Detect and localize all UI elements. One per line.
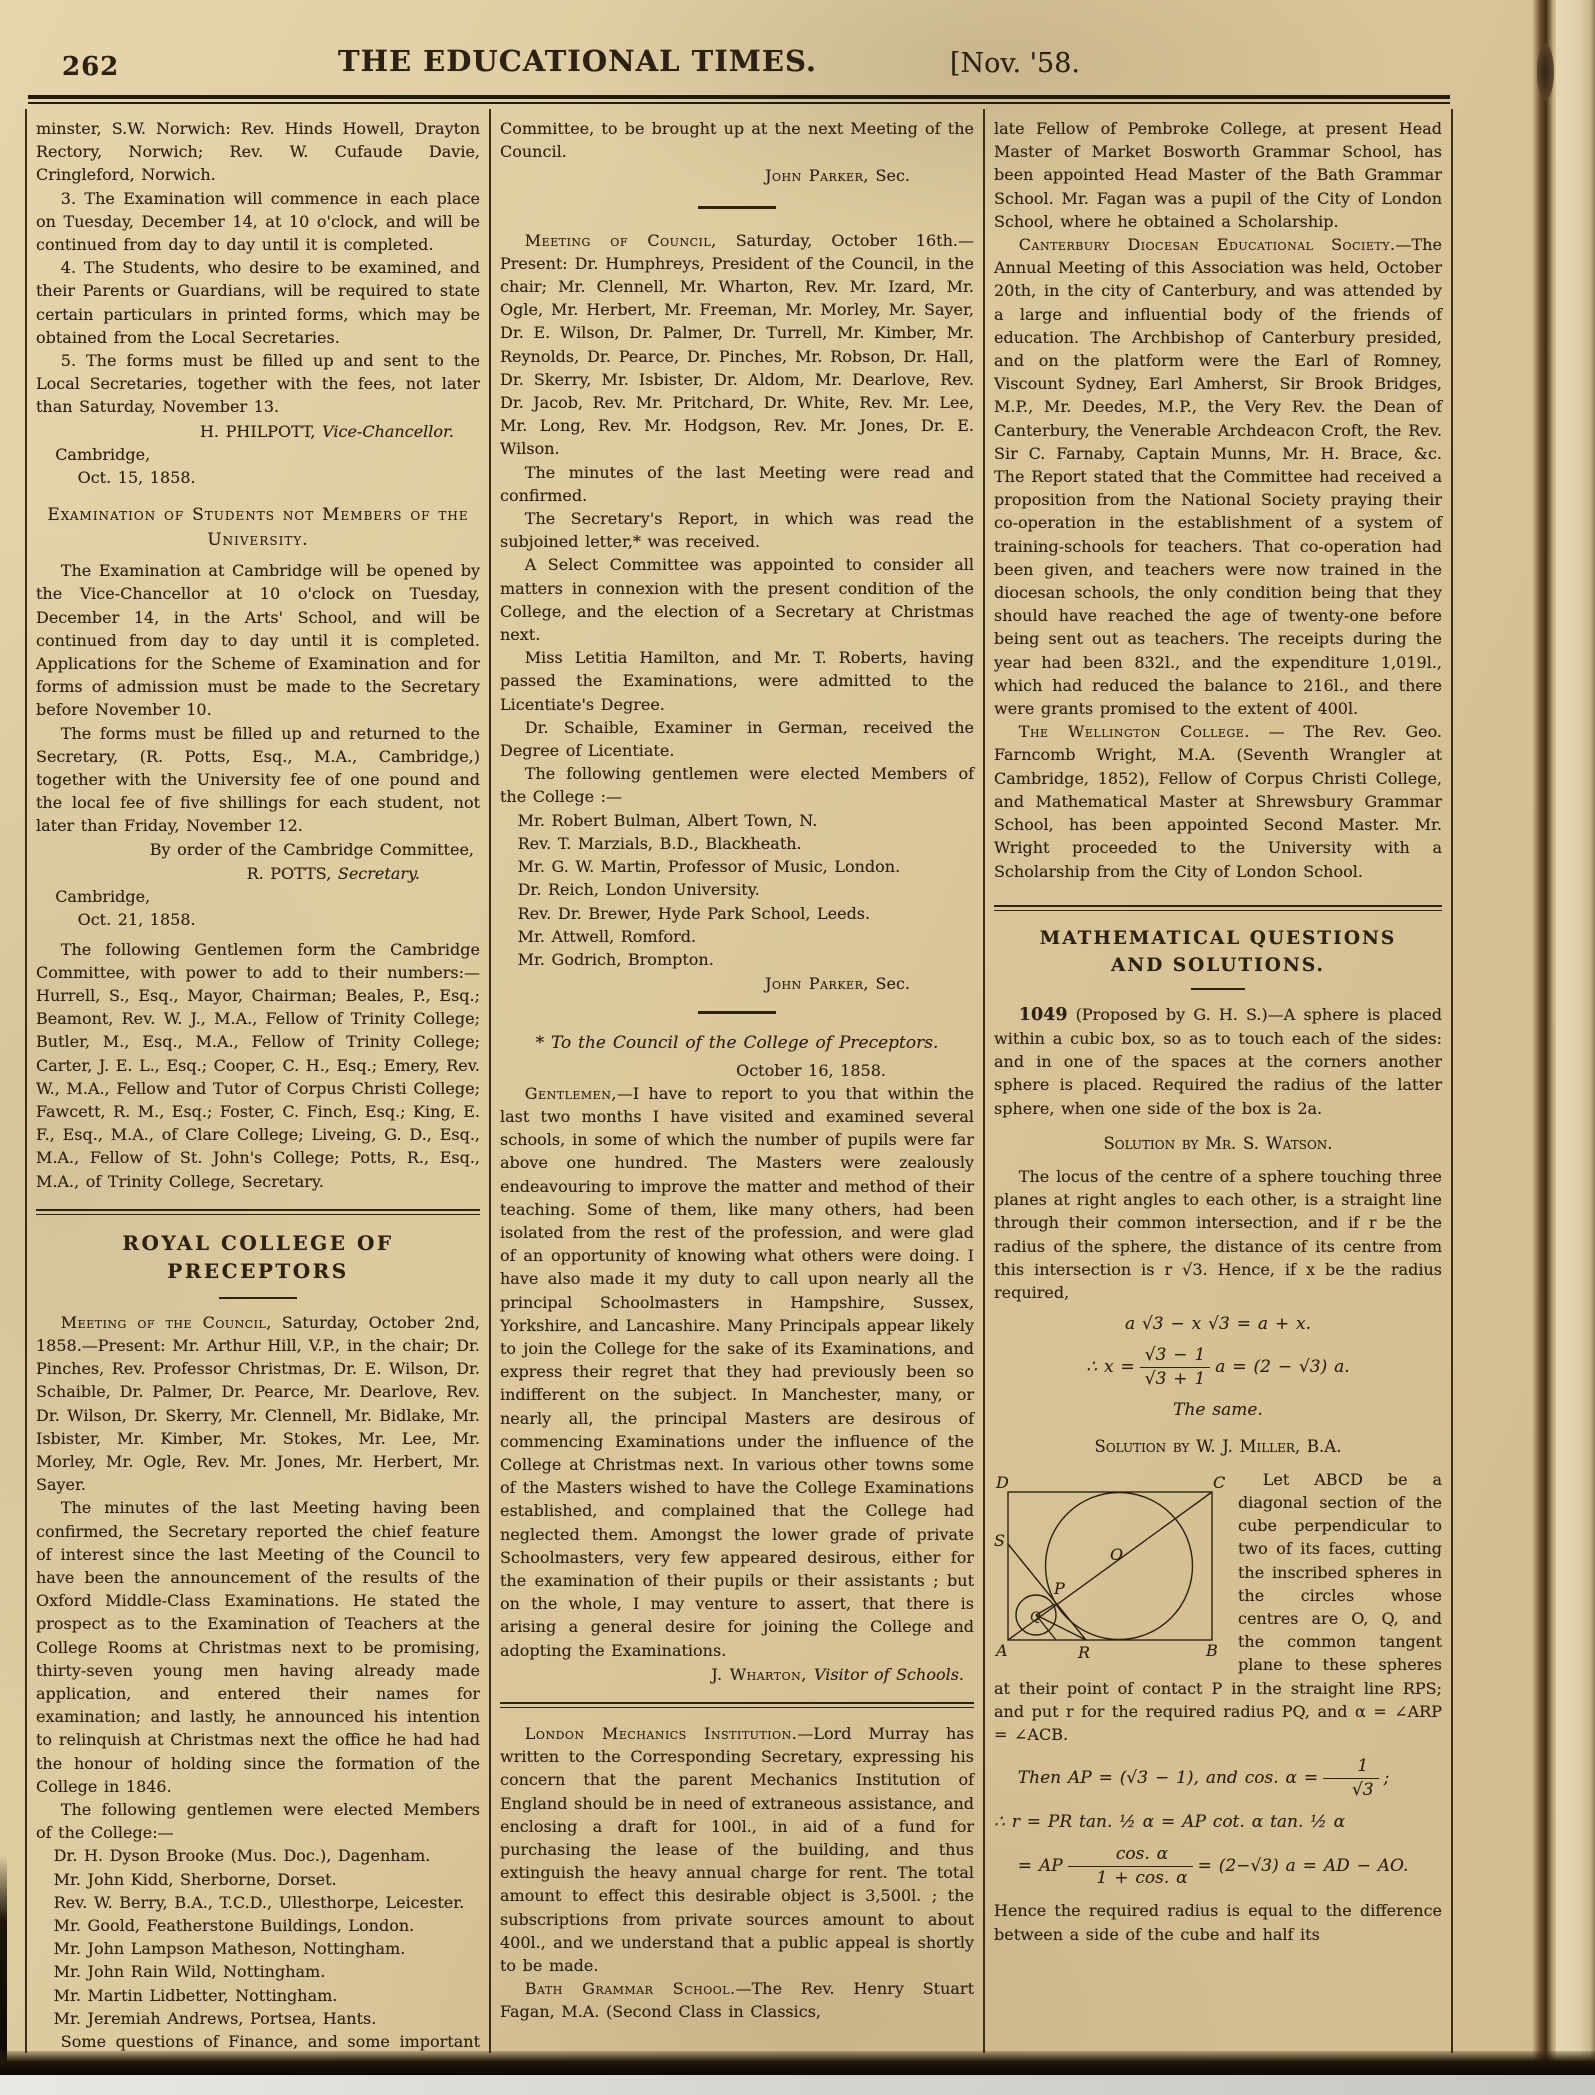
diagram-label-b: B [1205, 1641, 1218, 1660]
paragraph-text: Saturday, October 2nd, 1858.—Present: Mr… [36, 1313, 480, 1494]
paragraph: The Secretary's Report, in which was rea… [500, 507, 974, 553]
signature-line: John Parker, Sec. [500, 164, 974, 187]
paragraph: Miss Letitia Hamilton, and Mr. T. Robert… [500, 646, 974, 716]
signature-title: Sec. [869, 166, 910, 185]
paragraph-text: — The Rev. Geo. Farncomb Wright, M.A. (S… [994, 722, 1442, 880]
signature-line: R. POTTS, Secretary. [36, 862, 480, 885]
paragraph: Hence the required radius is equal to th… [994, 1899, 1442, 1945]
newspaper-title: THE EDUCATIONAL TIMES. [338, 44, 758, 78]
solution-heading-watson: Solution by Mr. S. Watson. [994, 1132, 1442, 1155]
equation-r: ∴ r = PR tan. ½ α = AP cot. α tan. ½ α [994, 1811, 1442, 1834]
diagram-label-r: R [1077, 1643, 1090, 1660]
divider-short-rule [219, 1297, 297, 1299]
fraction-numerator: 1 [1323, 1756, 1378, 1779]
divider-short-rule [1191, 988, 1245, 990]
paragraph: The following gentlemen were elected Mem… [36, 1798, 480, 1844]
paragraph: 3. The Examination will commence in each… [36, 187, 480, 257]
list-item: Rev. Dr. Brewer, Hyde Park School, Leeds… [500, 902, 974, 925]
paragraph-lead: London Mechanics Institution. [525, 1724, 798, 1743]
columns-container: minster, S.W. Norwich: Rev. Hinds Howell… [25, 109, 1453, 2053]
signature-title: Secretary. [338, 864, 420, 883]
list-item: Rev. T. Marzials, B.D., Blackheath. [500, 832, 974, 855]
paragraph: The locus of the centre of a sphere touc… [994, 1165, 1442, 1304]
diagram-label-o: O [1110, 1545, 1123, 1564]
diagram-label-a: A [994, 1641, 1008, 1660]
fraction: √3 − 1√3 + 1 [1140, 1345, 1211, 1390]
paragraph: 5. The forms must be filled up and sent … [36, 349, 480, 419]
paragraph-text: —I have to report to you that within the… [500, 1084, 974, 1660]
list-item: Dr. Reich, London University. [500, 878, 974, 901]
place-line: Cambridge, [36, 443, 480, 466]
signature-line: H. PHILPOTT, Vice-Chancellor. [36, 420, 480, 443]
paragraph: Meeting of the Council, Saturday, Octobe… [36, 1311, 480, 1497]
list-item: Mr. Robert Bulman, Albert Town, N. [500, 809, 974, 832]
list-item: Mr. John Rain Wild, Nottingham. [36, 1960, 480, 1983]
column-middle: Committee, to be brought up at the next … [491, 109, 985, 2053]
paragraph: Meeting of Council, Saturday, October 16… [500, 229, 974, 461]
equation-pre: ∴ x = [1086, 1357, 1134, 1377]
signature-name: R. POTTS, [247, 864, 338, 883]
equation-post: = (2−√3) a = AD − AO. [1198, 1856, 1409, 1876]
list-item: Mr. Goold, Featherstone Buildings, Londo… [36, 1914, 480, 1937]
diagram-label-c: C [1213, 1474, 1225, 1492]
the-same-label: The same. [994, 1399, 1442, 1422]
paragraph: The minutes of the last Meeting were rea… [500, 461, 974, 507]
signature-name: John Parker, [765, 974, 869, 993]
signature-title: Vice-Chancellor. [322, 422, 454, 441]
paragraph-lead: Meeting of the Council, [61, 1313, 272, 1332]
by-order-line: By order of the Cambridge Committee, [36, 838, 480, 861]
equation-then: Then AP = (√3 − 1), and cos. α =1√3; [994, 1756, 1442, 1801]
column-right: late Fellow of Pembroke College, at pres… [985, 109, 1453, 2053]
paragraph-lead: Canterbury Diocesan Educational Society. [1019, 235, 1396, 254]
signature-name: John Parker, [765, 166, 869, 185]
diagram-label-q: Q [1030, 1610, 1041, 1625]
list-item: Mr. G. W. Martin, Professor of Music, Lo… [500, 855, 974, 878]
paragraph: The following gentlemen were elected Mem… [500, 762, 974, 808]
list-item: Rev. W. Berry, B.A., T.C.D., Ullesthorpe… [36, 1891, 480, 1914]
signature-title: Sec. [869, 974, 910, 993]
signature-line: J. Wharton, Visitor of Schools. [500, 1663, 974, 1686]
list-item: Dr. H. Dyson Brooke (Mus. Doc.), Dagenha… [36, 1844, 480, 1867]
paragraph-text: —Lord Murray has written to the Correspo… [500, 1724, 974, 1975]
diagram-label-p: P [1053, 1579, 1065, 1598]
paragraph: The following Gentlemen form the Cambrid… [36, 938, 480, 1193]
diagram-label-s: S [994, 1531, 1005, 1550]
signature-title: Visitor of Schools. [814, 1665, 964, 1684]
equation-pre: = AP [1018, 1856, 1063, 1876]
question-number: 1049 [1019, 1005, 1068, 1025]
math-question: 1049 (Proposed by G. H. S.)—A sphere is … [994, 1003, 1442, 1120]
issue-date: [Nov. '58. [950, 48, 1080, 79]
fraction: cos. α1 + cos. α [1068, 1844, 1193, 1889]
header-double-rule [28, 95, 1450, 104]
equation-pre: Then AP = (√3 − 1), and cos. α = [1018, 1768, 1318, 1788]
signature-name: H. PHILPOTT, [200, 422, 322, 441]
paragraph: minster, S.W. Norwich: Rev. Hinds Howell… [36, 117, 480, 187]
equation-post: a = (2 − √3) a. [1215, 1357, 1349, 1377]
list-item: Mr. Jeremiah Andrews, Portsea, Hants. [36, 2007, 480, 2030]
equation-ap: = APcos. α1 + cos. α= (2−√3) a = AD − AO… [994, 1844, 1442, 1889]
paragraph: 4. The Students, who desire to be examin… [36, 256, 480, 349]
list-item: Mr. Attwell, Romford. [500, 925, 974, 948]
paragraph: Gentlemen,—I have to report to you that … [500, 1082, 974, 1662]
section-heading-mathematical: MATHEMATICAL QUESTIONS AND SOLUTIONS. [994, 925, 1442, 979]
fraction-numerator: √3 − 1 [1140, 1345, 1211, 1368]
equation-1: a √3 − x √3 = a + x. [994, 1313, 1442, 1336]
paragraph: Committee, to be brought up at the next … [500, 117, 974, 163]
paragraph-lead: Gentlemen, [525, 1084, 617, 1103]
adjacent-page-edge [1556, 0, 1595, 2075]
list-item: Mr. John Lampson Matheson, Nottingham. [36, 1937, 480, 1960]
list-item: Mr. Godrich, Brompton. [500, 948, 974, 971]
letter-title: * To the Council of the College of Prece… [500, 1032, 974, 1055]
paragraph: The minutes of the last Meeting having b… [36, 1496, 480, 1798]
geometry-diagram-svg: D C S O P Q A R B [994, 1474, 1226, 1660]
paragraph-text: Saturday, October 16th.—Present: Dr. Hum… [500, 231, 974, 459]
date-line: Oct. 21, 1858. [36, 908, 480, 931]
divider-double-rule [994, 905, 1442, 911]
paragraph: London Mechanics Institution.—Lord Murra… [500, 1722, 974, 1977]
scanner-background [0, 2075, 1595, 2095]
page-edge-bottom [0, 2051, 1595, 2075]
fraction: 1√3 [1323, 1756, 1378, 1801]
divider-double-rule [500, 1702, 974, 1708]
solution-heading-miller: Solution by W. J. Miller, B.A. [994, 1435, 1442, 1458]
date-line: Oct. 15, 1858. [36, 466, 480, 489]
divider-double-rule [36, 1209, 480, 1215]
figure-geometry-diagram: D C S O P Q A R B [994, 1474, 1226, 1660]
fraction-numerator: cos. α [1068, 1844, 1193, 1867]
paragraph-lead: Bath Grammar School. [525, 1979, 736, 1998]
paragraph-text: —The Annual Meeting of this Association … [994, 235, 1442, 718]
place-line: Cambridge, [36, 885, 480, 908]
paragraph: Canterbury Diocesan Educational Society.… [994, 233, 1442, 720]
divider-short-rule [698, 1011, 776, 1014]
paragraph: Bath Grammar School.—The Rev. Henry Stua… [500, 1977, 974, 2023]
paragraph-lead: Meeting of Council, [525, 231, 717, 250]
fraction-denominator: 1 + cos. α [1068, 1867, 1193, 1889]
section-heading-royal-college: ROYAL COLLEGE OF PRECEPTORS [36, 1229, 480, 1285]
page-edge-left [0, 1855, 7, 2075]
diagram-label-d: D [995, 1474, 1009, 1492]
gutter-stain [1537, 44, 1554, 100]
equation-post: ; [1384, 1768, 1390, 1788]
page-gutter-shadow [1532, 0, 1556, 2075]
fraction-denominator: √3 [1323, 1779, 1378, 1801]
section-heading-examination: Examination of Students not Members of t… [36, 503, 480, 553]
paragraph: The Wellington College. — The Rev. Geo. … [994, 720, 1442, 882]
paragraph: The forms must be filled up and returned… [36, 722, 480, 838]
fraction-denominator: √3 + 1 [1140, 1368, 1211, 1390]
signature-line: John Parker, Sec. [500, 972, 974, 995]
signature-name: J. Wharton, [711, 1665, 814, 1684]
paragraph: Some questions of Finance, and some impo… [36, 2030, 480, 2053]
list-item: Mr. Martin Lidbetter, Nottingham. [36, 1984, 480, 2007]
paragraph: The Examination at Cambridge will be ope… [36, 559, 480, 721]
newspaper-page: 262 THE EDUCATIONAL TIMES. [Nov. '58. mi… [0, 0, 1595, 2095]
column-left: minster, S.W. Norwich: Rev. Hinds Howell… [25, 109, 491, 2053]
paragraph: late Fellow of Pembroke College, at pres… [994, 117, 1442, 233]
equation-2: ∴ x =√3 − 1√3 + 1a = (2 − √3) a. [994, 1345, 1442, 1390]
divider-short-rule [698, 206, 776, 209]
paragraph: A Select Committee was appointed to cons… [500, 553, 974, 646]
paragraph: Dr. Schaible, Examiner in German, receiv… [500, 716, 974, 762]
letter-date: October 16, 1858. [500, 1059, 974, 1082]
page-number: 262 [62, 52, 119, 82]
paragraph-lead: The Wellington College. [1019, 722, 1250, 741]
list-item: Mr. John Kidd, Sherborne, Dorset. [36, 1868, 480, 1891]
